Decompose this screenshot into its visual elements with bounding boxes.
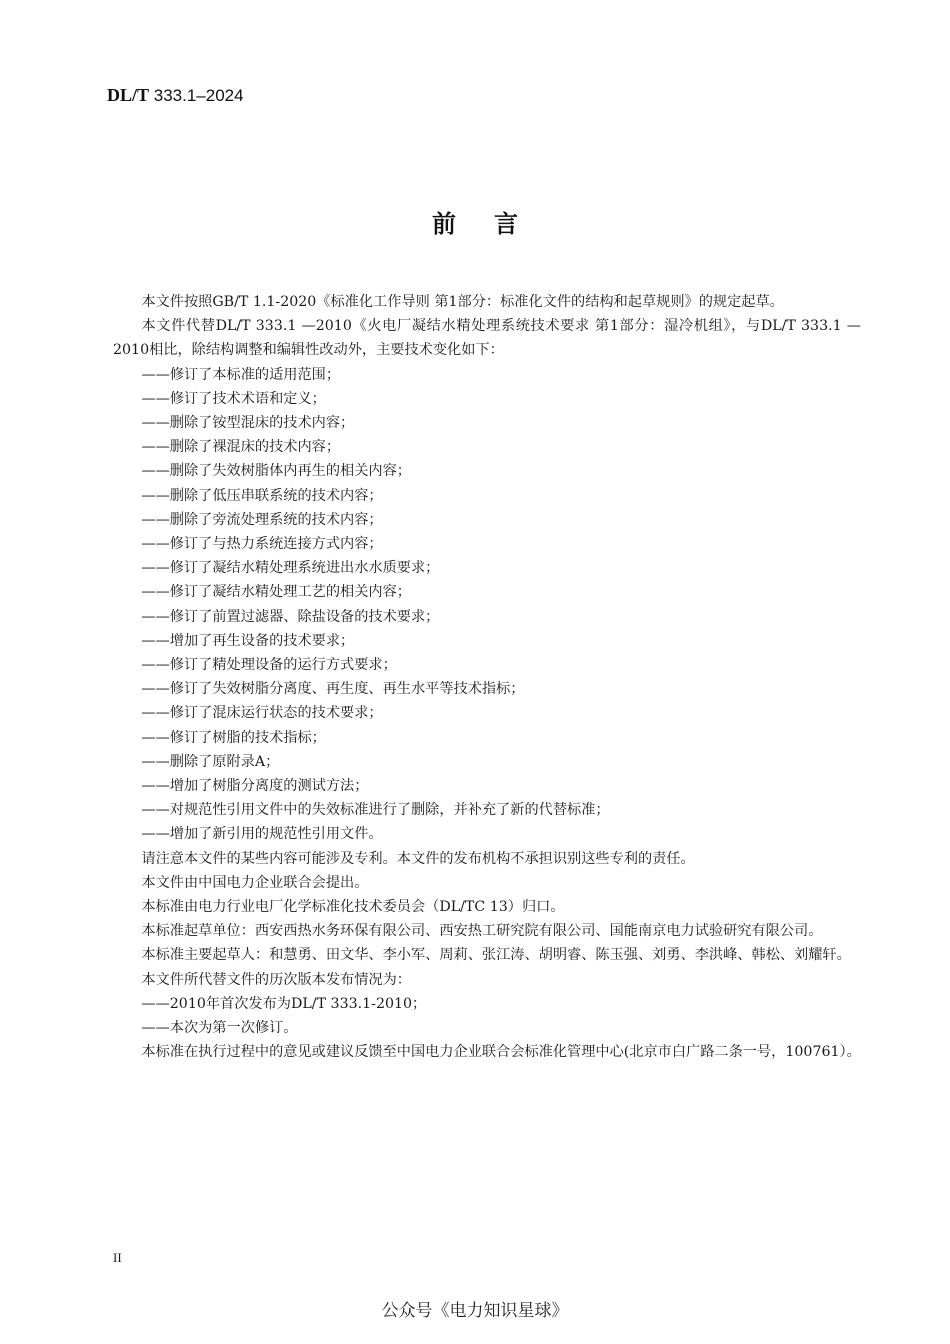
list-item: ——增加了新引用的规范性引用文件。 [113, 822, 861, 846]
list-item: ——删除了原附录A； [113, 750, 861, 774]
list-item: ——修订了本标准的适用范围； [113, 363, 861, 387]
standard-code: DL/T 333.1–2024 [107, 85, 244, 106]
list-item: ——修订了前置过滤器、除盐设备的技术要求； [113, 605, 861, 629]
history-item: ——本次为第一次修订。 [113, 1016, 861, 1040]
paragraph-replacement: 本文件代替DL/T 333.1 —2010《火电厂凝结水精处理系统技术要求 第1… [113, 314, 861, 362]
paragraph-committee: 本标准由电力行业电厂化学标准化技术委员会（DL/TC 13）归口。 [113, 895, 861, 919]
foreword-body: 本文件按照GB/T 1.1-2020《标准化工作导则 第1部分：标准化文件的结构… [113, 290, 861, 1065]
list-item: ——删除了铵型混床的技术内容； [113, 411, 861, 435]
standard-code-prefix: DL/T [107, 85, 149, 105]
history-item: ——2010年首次发布为DL/T 333.1-2010； [113, 992, 861, 1016]
list-item: ——删除了低压串联系统的技术内容； [113, 484, 861, 508]
list-item: ——修订了树脂的技术指标； [113, 726, 861, 750]
paragraph-drafting-units: 本标准起草单位：西安西热水务环保有限公司、西安热工研究院有限公司、国能南京电力试… [113, 919, 861, 943]
list-item: ——修订了技术术语和定义； [113, 387, 861, 411]
page-title: 前言 [0, 204, 950, 239]
paragraph-history-intro: 本文件所代替文件的历次版本发布情况为： [113, 968, 861, 992]
list-item: ——修订了精处理设备的运行方式要求； [113, 653, 861, 677]
list-item: ——修订了与热力系统连接方式内容； [113, 532, 861, 556]
list-item: ——修订了凝结水精处理系统进出水水质要求； [113, 556, 861, 580]
changes-list: ——修订了本标准的适用范围； ——修订了技术术语和定义； ——删除了铵型混床的技… [113, 363, 861, 847]
list-item: ——修订了混床运行状态的技术要求； [113, 701, 861, 725]
paragraph-patent-notice: 请注意本文件的某些内容可能涉及专利。本文件的发布机构不承担识别这些专利的责任。 [113, 847, 861, 871]
paragraph-feedback: 本标准在执行过程中的意见或建议反馈至中国电力企业联合会标准化管理中心(北京市白广… [113, 1040, 861, 1064]
list-item: ——增加了再生设备的技术要求； [113, 629, 861, 653]
list-item: ——删除了旁流处理系统的技术内容； [113, 508, 861, 532]
list-item: ——删除了失效树脂体内再生的相关内容； [113, 459, 861, 483]
page-number: II [113, 1250, 122, 1266]
list-item: ——对规范性引用文件中的失效标准进行了删除，并补充了新的代替标准； [113, 798, 861, 822]
standard-code-number: 333.1–2024 [154, 86, 244, 105]
paragraph-drafting-rules: 本文件按照GB/T 1.1-2020《标准化工作导则 第1部分：标准化文件的结构… [113, 290, 861, 314]
footer-watermark: 公众号《电力知识星球》 [0, 1296, 950, 1321]
list-item: ——修订了失效树脂分离度、再生度、再生水平等技术指标； [113, 677, 861, 701]
list-item: ——修订了凝结水精处理工艺的相关内容； [113, 580, 861, 604]
paragraph-drafters: 本标准主要起草人：和慧勇、田文华、李小军、周莉、张江涛、胡明睿、陈玉强、刘勇、李… [113, 943, 861, 967]
paragraph-proposer: 本文件由中国电力企业联合会提出。 [113, 871, 861, 895]
list-item: ——删除了裸混床的技术内容； [113, 435, 861, 459]
list-item: ——增加了树脂分离度的测试方法； [113, 774, 861, 798]
